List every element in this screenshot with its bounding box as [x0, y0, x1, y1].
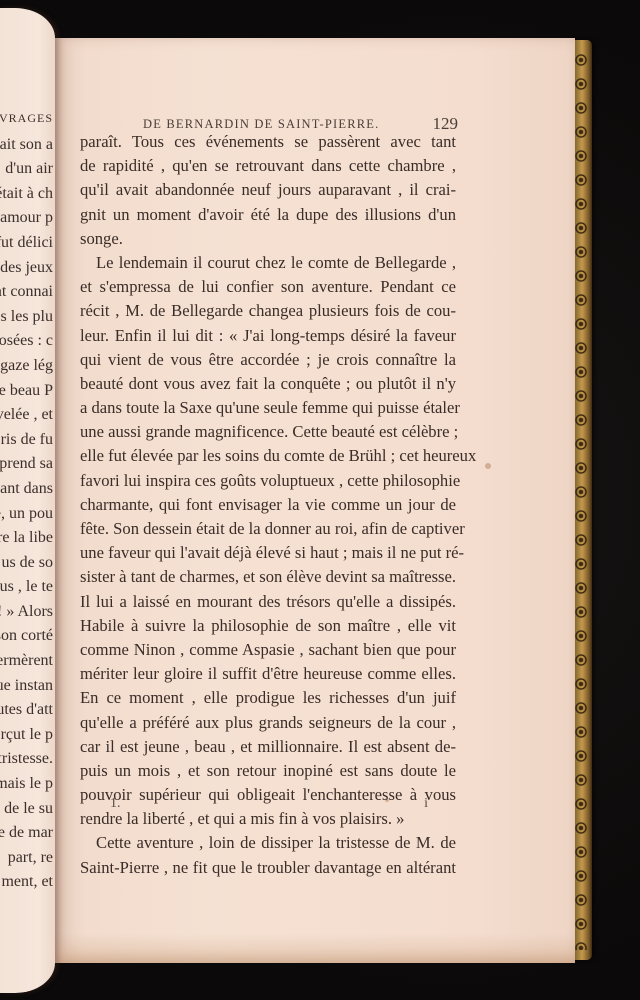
text-line: Cette aventure , loin de dissiper la tri…	[80, 831, 456, 855]
left-text-fragment: ! » Alors	[0, 600, 53, 625]
text-line: qui vient de vous être accordée ; je cro…	[80, 348, 456, 372]
signature-mark-left: 1.	[110, 796, 121, 811]
text-line: elle fut élevée par les soins du comte d…	[80, 444, 456, 468]
text-line: sister à tant de charmes, et son élève d…	[80, 565, 456, 589]
gilt-ornament-pattern	[573, 48, 589, 950]
left-text-fragment: d'un air	[0, 157, 53, 182]
page-footer: 1. i	[110, 796, 428, 812]
text-line: favori lui inspira ces goûts voluptueux …	[80, 469, 456, 493]
left-text-fragment: prend sa	[0, 452, 53, 477]
left-text-fragment: ent connai	[0, 280, 53, 305]
text-line: mériter leur gloire il suffit d'être heu…	[80, 662, 456, 686]
left-text-fragment: e de le su	[0, 797, 53, 822]
text-line: une faveur qui l'avait déjà élevé si hau…	[80, 541, 456, 565]
text-line: Le lendemain il courut chez le comte de …	[80, 251, 456, 275]
left-text-fragment: e gaze lég	[0, 354, 53, 379]
left-text-fragment: part, re	[0, 846, 53, 871]
text-line: Habile à suivre la philosophie de son ma…	[80, 614, 456, 638]
text-line: songe.	[80, 227, 456, 251]
left-text-fragment: que instan	[0, 674, 53, 699]
left-text-fragment: ment, et	[0, 870, 53, 895]
signature-mark-right: i	[424, 796, 428, 812]
left-text-fragment: tristesse.	[0, 747, 53, 772]
left-running-head: VRAGES	[0, 106, 53, 131]
text-line: beauté dont vous avez fait la conquête ;…	[80, 372, 456, 396]
left-text-fragment: ermèrent	[0, 649, 53, 674]
text-line: leur. Enfin il lui dit : « J'ai long-tem…	[80, 324, 456, 348]
left-text-fragment: osées : c	[0, 329, 53, 354]
left-text-fragment: ris de fu	[0, 428, 53, 453]
left-text-fragment: mais le p	[0, 772, 53, 797]
left-text-fragment: re la libe	[0, 526, 53, 551]
left-text-fragment: l'amour p	[0, 206, 53, 231]
text-line: charmante, qui font envisager la vie com…	[80, 493, 456, 517]
left-text-fragment: us de so	[0, 551, 53, 576]
left-text-fragment: çant dans	[0, 477, 53, 502]
left-text-fragment: erçut le p	[0, 723, 53, 748]
left-text-fragment: utes d'att	[0, 698, 53, 723]
text-line: récit , M. de Bellegarde changea plusieu…	[80, 299, 456, 323]
left-text-fragment: fut délici	[0, 231, 53, 256]
text-line: a dans toute la Saxe qu'une seule femme …	[80, 396, 456, 420]
left-text-fragment: es les plu	[0, 305, 53, 330]
text-line: fête. Son dessein était de la donner au …	[80, 517, 456, 541]
text-line: gnit un moment d'avoir été la dupe des i…	[80, 203, 456, 227]
text-line: de rapidité , qu'en se retrouvant dans c…	[80, 154, 456, 178]
text-line: paraît. Tous ces événements se passèrent…	[80, 130, 456, 154]
text-line: car il est jeune , beau , et millionnair…	[80, 735, 456, 759]
text-line: et s'empressa de lui confier son aventur…	[80, 275, 456, 299]
text-line: une aussi grande magnificence. Cette bea…	[80, 420, 456, 444]
text-line: En ce moment , elle prodigue les richess…	[80, 686, 456, 710]
left-text-fragment: evelée , et	[0, 403, 53, 428]
body-text: paraît. Tous ces événements se passèrent…	[80, 130, 456, 880]
left-text-fragment: le de mar	[0, 821, 53, 846]
text-line: Il lui a laissé en mourant des trésors q…	[80, 590, 456, 614]
text-line: comme Ninon , comme Aspasie , sachant bi…	[80, 638, 456, 662]
left-text-fragment: à des jeux	[0, 256, 53, 281]
left-page-curled: VRAGES plait son ad'un airétait à chl'am…	[0, 8, 55, 993]
left-text-fragment: le, un pou	[0, 502, 53, 527]
text-line: qu'il avait abandonnée neuf jours aupara…	[80, 178, 456, 202]
left-page-text-fragments: VRAGES plait son ad'un airétait à chl'am…	[0, 106, 53, 895]
running-head-title: DE BERNARDIN DE SAINT-PIERRE.	[143, 117, 379, 131]
left-text-fragment: était à ch	[0, 182, 53, 207]
text-line: puis un mois , et son retour inopiné est…	[80, 759, 456, 783]
left-text-fragment: us , le te	[0, 575, 53, 600]
text-line: qu'elle a préféré aux plus grands seigne…	[80, 711, 456, 735]
left-text-fragment: son corté	[0, 624, 53, 649]
left-text-fragment: le beau P	[0, 379, 53, 404]
foxing-spot	[485, 463, 491, 469]
text-line: Saint-Pierre , ne fit que le troubler da…	[80, 856, 456, 880]
left-text-fragment: plait son a	[0, 133, 53, 158]
